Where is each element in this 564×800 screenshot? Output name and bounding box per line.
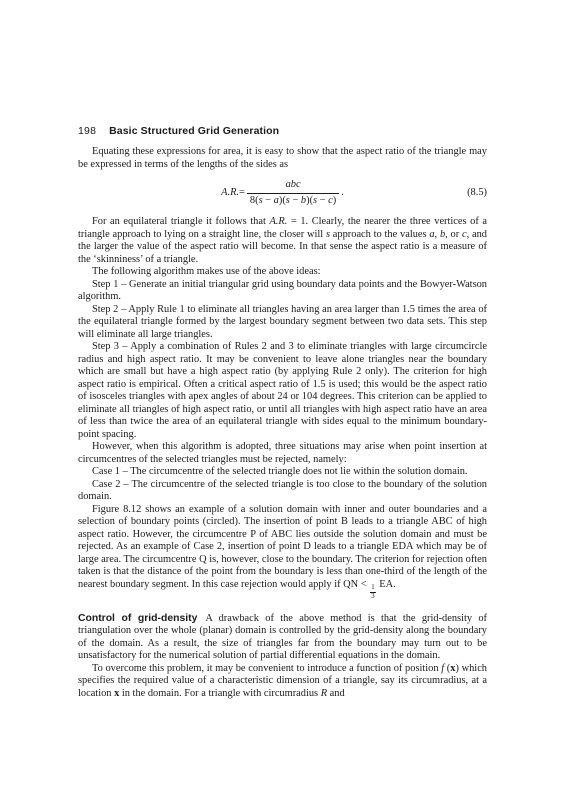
text-run: )( [279,195,286,206]
text-run: − [263,195,274,206]
display-equation: A.R. = abc8(s − a)(s − b)(s − c).(8.5) [78,177,487,209]
text-run: Figure 8.12 shows an example of a soluti… [78,504,487,590]
text-run: )( [306,195,313,206]
text-run: Step 2 – Apply Rule 1 to eliminate all t… [78,304,487,340]
fraction-numerator: 1 [370,584,375,593]
text-run: ) [333,195,336,206]
text-run: − [317,195,328,206]
paragraph: Equating these expressions for area, it … [78,146,487,171]
text-run: − [290,195,301,206]
paragraph: Step 1 – Generate an initial triangular … [78,279,487,304]
text-run: in the domain. For a triangle with circu… [119,688,320,699]
text-run: For an equilateral triangle it follows t… [92,216,269,227]
text-run: Step 3 – Apply a combination of Rules 2 … [78,341,487,440]
equation-number: (8.5) [467,187,487,200]
running-head: 198 Basic Structured Grid Generation [78,125,487,137]
paragraph: Case 2 – The circumcentre of the selecte… [78,479,487,504]
text-run: Equating these expressions for area, it … [78,146,487,170]
equation-suffix: . [341,187,344,200]
page-number: 198 [78,125,96,137]
text-run: Case 1 – The circumcentre of the selecte… [92,466,468,477]
text-run: To overcome this problem, it may be conv… [92,663,441,674]
text-run: However, when this algorithm is adopted,… [78,441,487,465]
paragraph: Figure 8.12 shows an example of a soluti… [78,504,487,601]
text-run: = [239,187,245,200]
paragraph: Step 3 – Apply a combination of Rules 2 … [78,341,487,441]
book-page: 198 Basic Structured Grid Generation Equ… [0,0,564,800]
inline-fraction: 13 [370,584,375,601]
text-run: EA. [377,579,396,590]
section-heading: Control of grid-density [78,613,197,624]
paragraph: Step 2 – Apply Rule 1 to eliminate all t… [78,304,487,342]
running-head-title: Basic Structured Grid Generation [109,125,279,137]
fraction-denominator: 3 [371,593,374,601]
text-run: and [327,688,345,699]
text-run: abc [286,179,301,190]
fraction-numerator: abc [247,179,339,193]
text-run: 8( [250,195,259,206]
paragraph: For an equilateral triangle it follows t… [78,216,487,266]
text-run: , or [445,229,462,240]
paragraph: To overcome this problem, it may be conv… [78,663,487,701]
page-body: Equating these expressions for area, it … [78,146,487,700]
paragraph: Control of grid-densityA drawback of the… [78,613,487,663]
equation-body: A.R. = abc8(s − a)(s − b)(s − c). [221,179,344,207]
paragraph: Case 1 – The circumcentre of the selecte… [78,466,487,479]
text-run: Case 2 – The circumcentre of the selecte… [78,479,487,503]
equation-fraction: abc8(s − a)(s − b)(s − c) [247,179,339,207]
text-run: A.R. [269,216,287,227]
text-run: The following algorithm makes use of the… [92,266,321,277]
text-run: approach to the values [330,229,429,240]
text-run: A.R. [221,187,239,200]
paragraph: The following algorithm makes use of the… [78,266,487,279]
text-run: Step 1 – Generate an initial triangular … [78,279,487,303]
fraction-denominator: 8(s − a)(s − b)(s − c) [247,193,339,208]
paragraph: However, when this algorithm is adopted,… [78,441,487,466]
